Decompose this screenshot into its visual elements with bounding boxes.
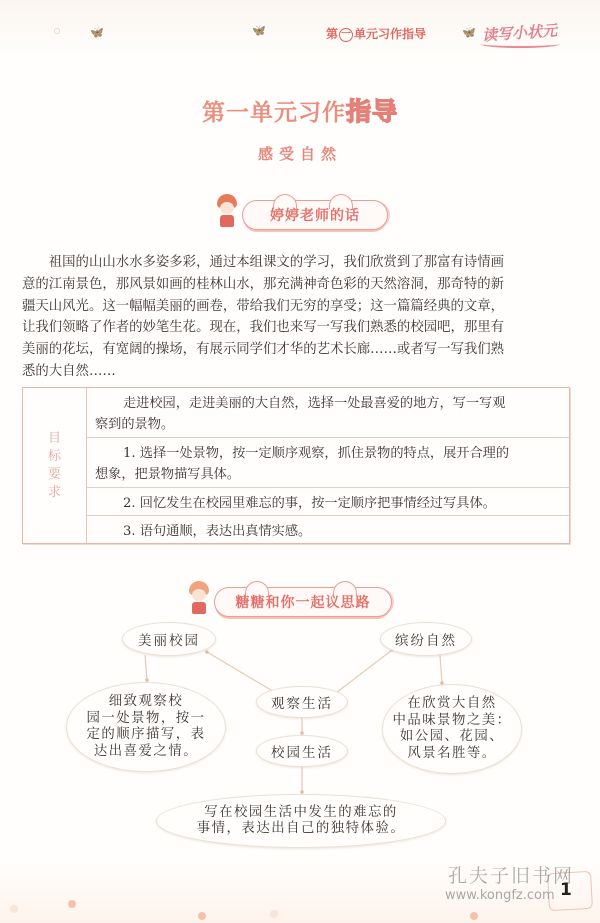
node-label: 美丽校园 xyxy=(138,629,200,649)
node-nature-detail: 在欣赏大自然 中品味景物之美： 如公园、花园、 风景名胜等。 xyxy=(382,684,522,774)
butterfly-icon: 🦋 xyxy=(90,26,104,39)
node-line: 在欣赏大自然 xyxy=(407,696,496,713)
intro-paragraph: 祖国的山山水水多姿多彩，通过本组课文的学习，我们欣赏到了那富有诗情画 意的江南景… xyxy=(22,252,582,383)
watermark-url: www.kongfz.com xyxy=(445,888,555,903)
butterfly-icon: 🦋 xyxy=(252,24,266,37)
flower-decoration-icon xyxy=(68,900,76,908)
page-title: 第一单元习作指导 xyxy=(0,92,600,128)
node-label: 缤纷自然 xyxy=(395,629,457,649)
decorative-dot xyxy=(54,28,60,34)
node-campus-life: 校园生活 xyxy=(256,735,348,767)
flower-decoration-icon xyxy=(470,912,478,920)
node-colorful-nature: 缤纷自然 xyxy=(380,622,472,656)
banner-text: 婷婷老师的话 xyxy=(270,205,360,225)
goals-table: 目 标 要 求 走进校园，走进美丽的大自然，选择一处最喜爱的地方，写一写观 察到… xyxy=(22,387,570,544)
paragraph-line: 疆天山风光。这一幅幅美丽的画卷，带给我们无穷的享受；这一篇篇经典的文章， xyxy=(22,296,582,318)
watermark-text: 孔夫子旧书网 xyxy=(448,861,574,888)
textbook-page: 🦋 🦋 第一单元习作指导 🦋 读写小状元 第一单元习作指导 感受自然 婷婷老师的… xyxy=(0,0,600,923)
banner-text: 糖糖和你一起议思路 xyxy=(236,592,371,612)
flower-decoration-icon xyxy=(198,912,206,920)
node-beautiful-campus: 美丽校园 xyxy=(122,622,216,656)
unit-prefix: 第 xyxy=(326,27,338,41)
label-char: 要 xyxy=(48,466,61,484)
brand-swoosh xyxy=(480,40,560,48)
goal-row: 2. 回忆发生在校园里难忘的事，按一定顺序把事情经过写具体。 xyxy=(87,488,569,516)
label-char: 标 xyxy=(48,448,61,466)
node-observe-life: 观察生活 xyxy=(256,686,348,718)
node-line: 中品味景物之美： xyxy=(392,713,511,730)
goal-row: 3. 语句通顺，表达出真情实感。 xyxy=(87,516,569,544)
node-line: 如公园、花园、 xyxy=(400,729,504,746)
title-plain: 第一单元习作 xyxy=(202,100,346,126)
cloud-label: 糖糖和你一起议思路 xyxy=(214,587,392,617)
node-line: 园一处景物，按一 xyxy=(86,711,205,728)
unit-header-label: 第一单元习作指导 xyxy=(326,25,426,42)
node-label: 校园生活 xyxy=(271,741,333,761)
cloud-label: 婷婷老师的话 xyxy=(242,200,388,230)
node-line: 定的顺序描写，表 xyxy=(86,727,205,744)
label-char: 求 xyxy=(48,484,61,502)
unit-suffix: 单元习作指导 xyxy=(354,27,426,41)
paragraph-line: 意的江南景色，那风景如画的桂林山水，那充满神奇色彩的天然溶洞，那奇特的新 xyxy=(22,274,582,296)
flower-decoration-icon xyxy=(10,905,18,913)
page-subtitle: 感受自然 xyxy=(0,143,600,164)
girl-avatar-icon xyxy=(188,581,210,617)
node-line: 达出喜爱之情。 xyxy=(94,744,198,761)
title-outline: 指导 xyxy=(346,97,398,126)
goal-row: 走进校园，走进美丽的大自然，选择一处最喜爱的地方，写一写观 察到的景物。 xyxy=(87,388,569,438)
running-header: 🦋 🦋 第一单元习作指导 🦋 读写小状元 xyxy=(0,22,600,46)
paragraph-line: 让我们领略了作者的妙笔生花。现在，我们也来写一写我们熟悉的校园吧，那里有 xyxy=(22,317,582,339)
goal-text: 走进校园，走进美丽的大自然，选择一处最喜爱的地方，写一写观 xyxy=(95,393,559,414)
node-label: 观察生活 xyxy=(271,692,333,712)
girl-avatar-icon xyxy=(216,194,238,230)
flower-decoration-icon xyxy=(270,910,278,918)
paragraph-line: 美丽的花坛，有宽阔的操场，有展示同学们才华的艺术长廊……或者写一写我们熟 xyxy=(22,339,582,361)
teacher-banner: 婷婷老师的话 xyxy=(216,198,396,232)
node-line: 写在校园生活中发生的难忘的 xyxy=(204,805,398,822)
goal-row: 1. 选择一处景物，按一定顺序观察，抓住景物的特点，展开合理的 想象，把景物描写… xyxy=(87,438,569,488)
node-line: 风景名胜等。 xyxy=(407,746,496,763)
label-char: 目 xyxy=(48,430,61,448)
node-line: 事情，表达出自己的独特体验。 xyxy=(197,821,405,838)
goal-text-cont: 想象，把景物描写具体。 xyxy=(95,464,559,485)
unit-number-circle: 一 xyxy=(339,28,353,42)
goal-text: 2. 回忆发生在校园里难忘的事，按一定顺序把事情经过写具体。 xyxy=(95,493,559,514)
mindmap-banner: 糖糖和你一起议思路 xyxy=(188,585,408,619)
goals-rows: 走进校园，走进美丽的大自然，选择一处最喜爱的地方，写一写观 察到的景物。 1. … xyxy=(87,388,569,543)
node-life-detail: 写在校园生活中发生的难忘的 事情，表达出自己的独特体验。 xyxy=(156,794,446,848)
paragraph-line: 悉的大自然…… xyxy=(22,361,582,383)
node-campus-detail: 细致观察校 园一处景物，按一 定的顺序描写，表 达出喜爱之情。 xyxy=(66,682,226,772)
butterfly-icon: 🦋 xyxy=(462,26,476,39)
goal-text: 3. 语句通顺，表达出真情实感。 xyxy=(95,521,559,542)
node-line: 细致观察校 xyxy=(109,694,183,711)
goals-label: 目 标 要 求 xyxy=(23,388,87,543)
paragraph-line: 祖国的山山水水多姿多彩，通过本组课文的学习，我们欣赏到了那富有诗情画 xyxy=(22,252,582,274)
goal-text-cont: 察到的景物。 xyxy=(95,414,559,435)
goal-text: 1. 选择一处景物，按一定顺序观察，抓住景物的特点，展开合理的 xyxy=(95,443,559,464)
page-number: 1 xyxy=(560,880,572,900)
